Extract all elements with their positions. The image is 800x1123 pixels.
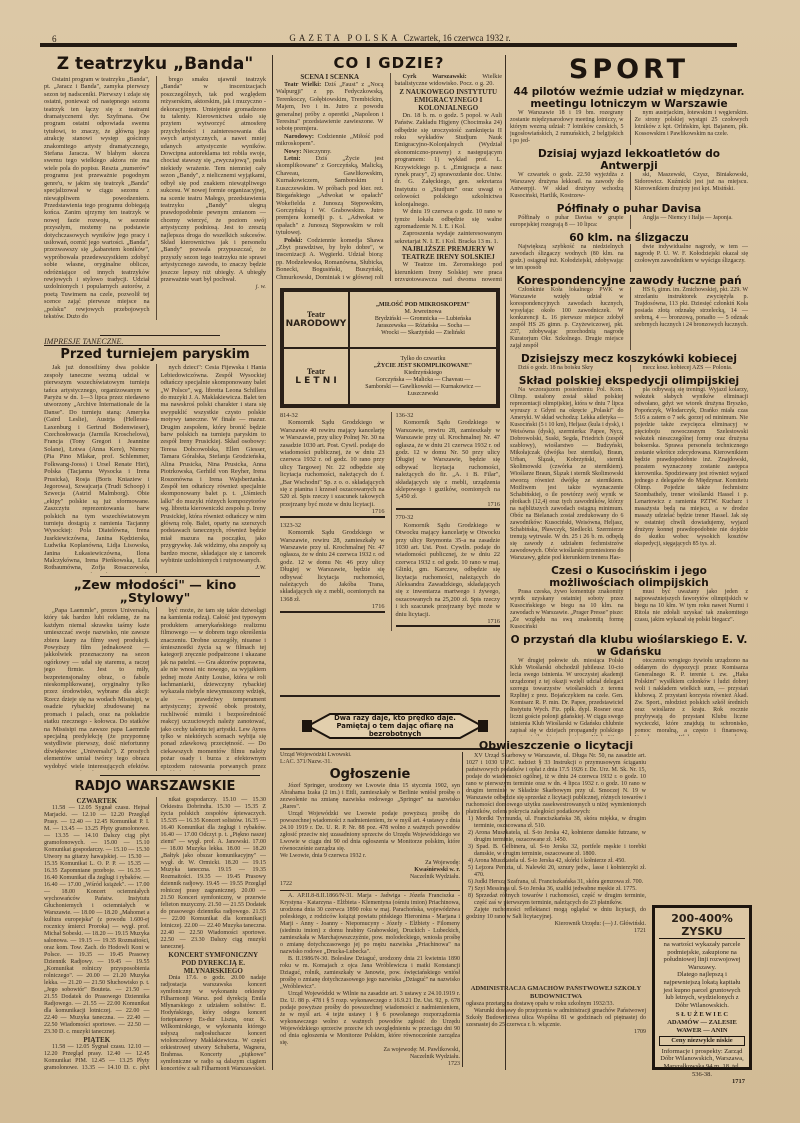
venue-name: Cyrk Warszawski: (403, 73, 467, 80)
headline: RADJO WARSZAWSKIE (44, 780, 266, 793)
auction-item: 6) Judki Herszą Szafrana, ul. Franciszka… (466, 879, 646, 886)
headline: Ogłoszenie (280, 768, 460, 781)
auction-item: 8) Sprzedaż różnych towarów i ruchomości… (466, 893, 646, 907)
headline: Obwieszczenie o licytacji (466, 740, 646, 751)
body-text: Półfinały o puhar Davisa w grupie europe… (510, 215, 624, 229)
listing-entry: Dn. 18 b. m. o godz. 5 popoł. w Auli Pań… (395, 112, 503, 208)
sport-article: O przystań dla klubu wioślarskiego E. V.… (510, 634, 748, 736)
body-text: nych dzieci": Cesia Fijewska i Hania Leb… (161, 364, 267, 564)
body-text: Jak już donosiliśmy dwa polskie zespoły … (44, 364, 150, 573)
place-name: S Ł U Ż E W I E C (659, 1011, 745, 1019)
schedule-text: 11.58 — 12.05 Sygnał czasu. 12.10 — 12.2… (44, 1044, 150, 1070)
sport-article: Dzisiejszy mecz koszykówki kobiecejDziś … (510, 353, 748, 372)
play-milosc: „MIŁOŚĆ POD MIKROSKOPEM" M. Jewreinowa B… (349, 291, 497, 348)
place-name: WAWER — ANIN (659, 1027, 745, 1035)
theatre-ad-box: Teatr NARODOWY „MIŁOŚĆ POD MIKROSKOPEM" … (280, 288, 500, 408)
article-headline: Czesi o Kusocińskim i jego możliwościach… (510, 565, 748, 589)
banner-text: Dwa razy daje, kto prędko daje. Pamiętaj… (330, 714, 460, 738)
article-headline: O przystań dla klubu wioślarskiego E. V.… (510, 634, 748, 658)
theatre-narodowy: Teatr NARODOWY (283, 291, 349, 348)
article-ogloszenie: Urząd Wojewódzki Lwowski. L:AC. 371/Nazw… (280, 752, 460, 1072)
cast-line: Gorczyńska — Malicka — Chaveau — (350, 377, 496, 384)
article-headline: 44 pilotów weźmie udział w międzynar. me… (510, 86, 748, 110)
listing-entry: W dniu 19 czerwca o godz. 10 rano w tymż… (395, 208, 503, 230)
venue-name: Polski: (284, 237, 303, 244)
article-headline: Korespondencyjne zawody łuczne pań (510, 275, 748, 287)
schedule-text: 11.58 — 12.05 Sygnał czasu. Hejnał Marja… (44, 805, 150, 1036)
subheading: NAJBLIŻSZE PREMJERY W TEATRZE IRENY SOLS… (395, 245, 503, 261)
body-text: musi być uważany jako jeden z najpoważni… (635, 589, 749, 624)
body-text: Ostatni program w teatrzyku „Banda", pt.… (44, 76, 150, 320)
body-text: Na wczorajszem posiedzeniu Pol. Kom. Oli… (510, 387, 624, 562)
article-headline: Dzisiaj wyjazd lekkoatletów do Antwerpji (510, 148, 748, 172)
court-notice: 136-32Komornik Sądu Grodzkiego w Warszaw… (396, 412, 501, 510)
divider (100, 576, 260, 577)
notice-id: 814-32 (280, 412, 385, 419)
play-zycie: Tylko do czwartku „ŻYCIE JEST SKOMPLIKOW… (349, 348, 497, 405)
venue-name: Narodowy: (284, 133, 314, 140)
masthead: GAZETA POLSKA (289, 33, 400, 43)
divider (280, 695, 500, 697)
subheading: Z NAUKOWEGO INSTYTUTU EMIGRACYJNEGO I KO… (395, 88, 503, 112)
theatre-letni: Teatr L E T N I (283, 348, 349, 405)
divider (100, 335, 220, 336)
notice-id: 770-32 (396, 514, 501, 521)
body-text: pla odbywają się treningi. Wyjazd kolarz… (635, 387, 749, 548)
body-text: Prasa czeska, żywo komentuje znakomity w… (510, 589, 624, 631)
body-text: W Warszawie 18 i 19 bm. rozegrany zostan… (510, 110, 624, 145)
column-divider (462, 752, 463, 1067)
article-co-i-gdzie: CO I GDZIE? SCENA I SCENKATeatr Wielki: … (276, 56, 502, 281)
body-text: W drugiej połowie ub. miesiąca Polski Kl… (510, 658, 624, 736)
header-rule (40, 43, 737, 47)
listing-entry: Teatr Wielki: Dziś „Faust" z „Nocą Walpu… (276, 81, 384, 133)
issue-date: Czwartek, 16 czerwca 1932 r. (404, 33, 511, 43)
body-text: HS 6, gimn. im. Żmichowskiej, pkt. 229. … (635, 287, 749, 329)
listing-entry: Polski: Codziennie komedja Shawa „Zbyt p… (276, 237, 384, 281)
notice-text: Komornik Sądu Grodzkiego w Warszawie, re… (280, 529, 385, 603)
notice-ref: 1716 (396, 501, 501, 508)
body-text: „Papa Laemmle", prezes Universalu, który… (44, 607, 150, 771)
notice-id: 1323-32 (280, 522, 385, 529)
ad-headline: 200-400% ZYSKU (659, 912, 745, 939)
auction-item: 1) Mordki Tyrmunda, ul. Franciszkańska 3… (466, 816, 646, 830)
body-text: nym austrjackim, łotewskim i węgierskim.… (635, 110, 749, 138)
venue-name: Teatr Wielki: (284, 81, 321, 88)
charity-banner: Dwa razy daje, kto prędko daje. Pamiętaj… (300, 708, 490, 744)
article-zew-mlodosci: „Zew młodości" — kino „Stylowy" „Papa La… (44, 579, 266, 771)
listing-entry: Nowy: Nieczynny. (276, 148, 384, 155)
auction-item: 3) Spad. B. Gelbinera, ul. Ś-to Jerska 3… (466, 844, 646, 858)
notice-ref: 1716 (280, 508, 385, 515)
article-obwieszczenie: Obwieszczenie o licytacji XV Urząd Skarb… (466, 740, 646, 975)
sport-article: Dzisiaj wyjazd lekkoatletów do Antwerpji… (510, 148, 748, 200)
office-label: Urząd Wojewódzki Lwowski. (280, 752, 460, 759)
body-text: W czwartek o godz. 22.50 wyjeżdża z Wars… (510, 172, 624, 200)
sport-article: 60 klm. na ślizgaczuNajwiększą szybkość … (510, 232, 748, 272)
sport-article: 44 pilotów weźmie udział w międzynar. me… (510, 86, 748, 145)
court-notices: 814-32Komornik Sądu Grodzkiego w Warszaw… (280, 412, 500, 702)
signature: j. w. (161, 283, 267, 290)
cast-line: Jaraszewska — Różańska — Socha — (375, 323, 471, 330)
reference: L:AC. 371/Nazw.-31. (280, 759, 460, 766)
body-text: otoczeniu wrogiego żywiołu urządzono na … (635, 658, 749, 736)
notice-ref: 1716 (396, 618, 501, 625)
body-text: Członkinie Koła lokalnego PWK w Warszawi… (510, 287, 624, 350)
cast-line: Brydziński — Gromnicka — Lubieńska (375, 316, 471, 323)
concert-title: KONCERT SYMFONICZNY POD DYREKCJĄ E. MŁYN… (161, 951, 267, 975)
section-title: SPORT (510, 56, 748, 83)
listing-entry: Zaproszenia wydaje zainteresowanym sekre… (395, 230, 503, 245)
body-text: Dziś o godz. 18 na boisku Skry (510, 365, 624, 372)
court-notice: 770-32Komornik Sądu Grodzkiego w Otwocku… (396, 514, 501, 627)
article-headline: Półfinały o puhar Davisa (510, 203, 748, 215)
notice-ref: 1716 (280, 603, 385, 610)
notice-id: 136-32 (396, 412, 501, 419)
sport-article: Korespondencyjne zawody łuczne pańCzłonk… (510, 275, 748, 350)
listing-entry: Cyrk Warszawski: Wielkie batalistyczne w… (395, 73, 503, 88)
notice-text: Komornik Sądu Grodzkiego w Otwocku mając… (396, 522, 501, 618)
cast-line: Wrocki — Skarżyński — Zieliński (375, 330, 471, 337)
article-administracja: ADMINISTRACJA GMACHÓW PAŃSTWOWEJ SZKOŁY … (466, 985, 646, 1065)
article-headline: Skład polskiej ekspedycji olimpijskiej (510, 375, 748, 387)
place-name: ADAMÓW — ZALESIE (659, 1019, 745, 1027)
auction-item: 4) Arona Muszkatela ul. Ś-to Jerska 42, … (466, 858, 646, 865)
article-impresje: IMPRESJE TANECZNE. Przed turniejem parys… (44, 338, 266, 573)
section-label: IMPRESJE TANECZNE. (44, 338, 266, 346)
article-radio: RADJO WARSZAWSKIE CZWARTEK 11.58 — 12.05… (44, 780, 266, 1070)
body-text: Największą szybkość na niedzielnych zawo… (510, 244, 624, 272)
listing-entry: Narodowy: Codziennie „Miłość pod mikrosk… (276, 133, 384, 148)
real-estate-ad: 200-400% ZYSKU na wartości wykazały parc… (652, 905, 752, 1070)
sport-section: SPORT 44 pilotów weźmie udział w międzyn… (510, 56, 748, 736)
column-divider (272, 55, 273, 1070)
court-notice: 814-32Komornik Sądu Grodzkiego w Warszaw… (280, 412, 385, 518)
body-text: ski, Maszewski, Czysz, Biniakowski, Sido… (635, 172, 749, 193)
venue-name: Letni: (284, 155, 300, 162)
venue-name: Nowy: (284, 148, 302, 155)
listing-entry: W Teatrze im. Żeromskiego pod kierunkiem… (395, 261, 503, 281)
article-headline: Dzisiejszy mecz koszykówki kobiecej (510, 353, 748, 365)
article-banda: Z teatrzyku „Banda" Ostatni program w te… (44, 56, 266, 332)
headline: Przed turniejem paryskim (44, 348, 266, 361)
article-headline: 60 klm. na ślizgaczu (510, 232, 748, 244)
body-text: Anglja — Niemcy i Italja — Japonja. (635, 215, 749, 222)
court-notice: 1323-32Komornik Sądu Grodzkiego w Warsza… (280, 522, 385, 613)
schedule-text: nikat gospodarczy. 15.10 — 15.30 Orkiest… (161, 797, 267, 951)
concert-text: Dnia 17.6. o godz. 20.00 nadaje radjosta… (161, 975, 267, 1070)
newspaper-page: 6 GAZETA POLSKA Czwartek, 16 czerwca 193… (0, 0, 800, 1123)
listing-entry: Letni: Dziś „Życie jest skomplikowane" z… (276, 155, 384, 236)
sport-article: Czesi o Kusocińskim i jego możliwościach… (510, 565, 748, 631)
headline: „Zew młodości" — kino „Stylowy" (44, 579, 266, 604)
body-text: brego smaku ujawnił teatrzyk „Banda" w i… (161, 76, 267, 283)
auction-item: 2) Arona Muszkatela, ul. Ś-to Jerska 42,… (466, 830, 646, 844)
sport-article: Półfinały o puhar DavisaPółfinały o puha… (510, 203, 748, 229)
body-text: być może, że tam się takie dziwolągi na … (161, 607, 267, 771)
sport-article: Skład polskiej ekspedycji olimpijskiejNa… (510, 375, 748, 562)
price-box: Ceny niezwykle niskie (659, 1036, 745, 1046)
divider (100, 775, 260, 776)
auction-item: 7) Szyi Messinga ul. Ś-to Jerska 36, sza… (466, 886, 646, 893)
headline: Z teatrzyku „Banda" (44, 56, 266, 73)
headline: CO I GDZIE? (276, 56, 502, 71)
body-text: mecz kosz. kobiecej AZS — Polonia. (635, 365, 749, 372)
subheading: SCENA I SCENKA (276, 73, 384, 81)
notice-text: Komornik Sądu Grodzkiego w Warszawie, re… (396, 419, 501, 500)
body-text: dwie indywidualne nagrody, w tem — nagro… (635, 244, 749, 265)
day-label: CZWARTEK (44, 797, 150, 805)
notice-text: Komornik Sądu Grodzkiego w Warszawie 40 … (280, 419, 385, 508)
auction-item: 5) Lejzora Perszta, ul. Nalewki 20, sznu… (466, 865, 646, 879)
cast-line: Samborski — Gawlikowski — Kurnakowicz — … (350, 384, 496, 398)
signature: J.W. (161, 564, 267, 571)
day-label: PIĄTEK (44, 1036, 150, 1044)
